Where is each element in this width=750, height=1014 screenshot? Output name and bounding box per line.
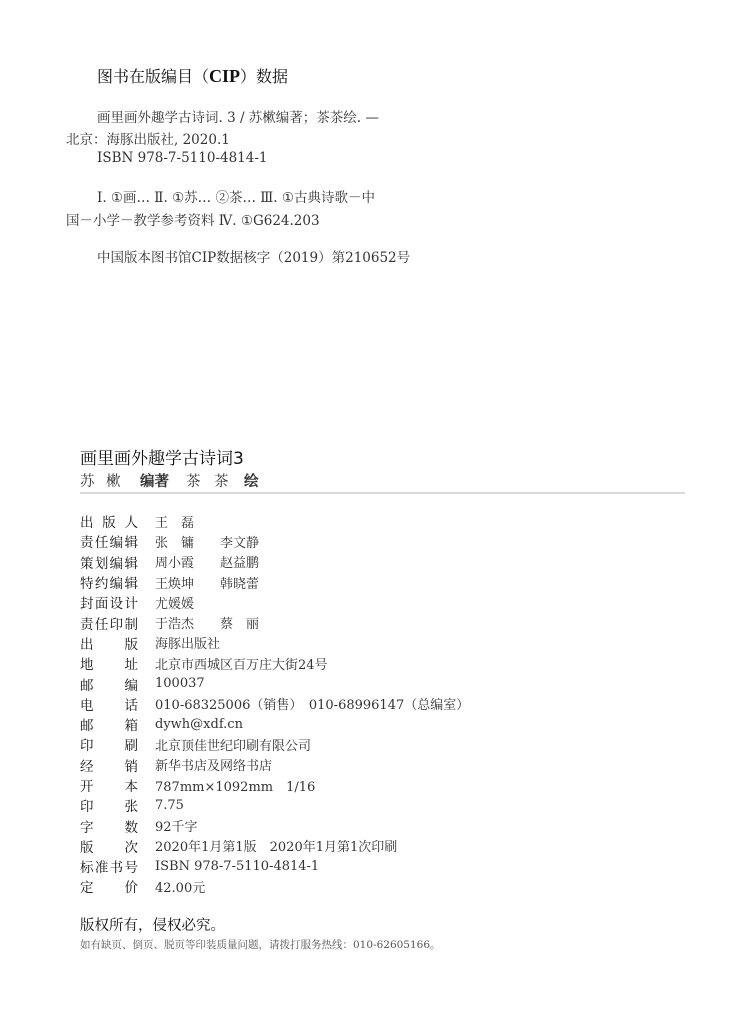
label-char: 次 bbox=[125, 836, 139, 856]
colophon-label: 经销 bbox=[80, 755, 138, 775]
colophon-row: 邮编100037 bbox=[80, 673, 469, 693]
label-char: 划 bbox=[95, 552, 109, 572]
label-char: 任 bbox=[95, 531, 109, 551]
colophon-value: 北京市西城区百万庄大街24号 bbox=[155, 654, 328, 673]
divider bbox=[80, 492, 685, 494]
label-char: 开 bbox=[80, 775, 94, 795]
colophon-label: 印刷 bbox=[80, 734, 138, 754]
quality-notice: 如有缺页、倒页、脱页等印装质量问题，请拨打服务热线：010-62605166。 bbox=[80, 937, 441, 952]
label-char: 任 bbox=[95, 613, 109, 633]
label-char: 地 bbox=[80, 653, 94, 673]
label-char: 编 bbox=[125, 674, 139, 694]
colophon-label: 地址 bbox=[80, 653, 138, 673]
colophon-row: 开本787mm×1092mm 1/16 bbox=[80, 775, 469, 795]
colophon-value: 王 磊 bbox=[155, 512, 194, 531]
colophon-value: 010-68325006（销售） 010-68996147（总编室） bbox=[155, 694, 469, 713]
colophon-label: 开本 bbox=[80, 775, 138, 795]
colophon-value: 张 镛 李文静 bbox=[155, 532, 259, 551]
colophon-row: 标准书号ISBN 978-7-5110-4814-1 bbox=[80, 856, 469, 876]
colophon-row: 出版人王 磊 bbox=[80, 511, 469, 531]
credit-part: 茶 bbox=[214, 470, 244, 491]
label-char: 设 bbox=[110, 592, 124, 612]
label-char: 编 bbox=[110, 531, 124, 551]
label-char: 出 bbox=[80, 633, 94, 653]
label-char: 准 bbox=[95, 856, 109, 876]
label-char: 价 bbox=[125, 876, 139, 896]
colophon-row: 封面设计尤媛媛 bbox=[80, 592, 469, 612]
colophon-value: 周小霞 赵益鹏 bbox=[155, 552, 259, 571]
label-char: 邮 bbox=[80, 674, 94, 694]
label-char: 号 bbox=[124, 856, 138, 876]
label-char: 销 bbox=[125, 755, 139, 775]
colophon-label: 封面设计 bbox=[80, 592, 138, 612]
colophon-label: 出版 bbox=[80, 633, 138, 653]
colophon-value: 7.75 bbox=[155, 798, 184, 813]
credit-part: 苏 bbox=[80, 470, 106, 491]
cip-heading-suffix: ）数据 bbox=[240, 67, 288, 86]
colophon-label: 定价 bbox=[80, 876, 138, 896]
label-char: 标 bbox=[80, 856, 94, 876]
colophon-value: 787mm×1092mm 1/16 bbox=[155, 776, 315, 795]
label-char: 印 bbox=[110, 613, 124, 633]
colophon-row: 邮箱dywh@xdf.cn bbox=[80, 714, 469, 734]
cip-heading: 图书在版编目（CIP）数据 bbox=[97, 64, 288, 87]
colophon-label: 印张 bbox=[80, 795, 138, 815]
colophon-label: 策划编辑 bbox=[80, 552, 138, 572]
colophon-value: 于浩杰 蔡 丽 bbox=[155, 613, 259, 632]
label-char: 邮 bbox=[80, 714, 94, 734]
colophon-row: 出版海豚出版社 bbox=[80, 633, 469, 653]
colophon-value: dywh@xdf.cn bbox=[155, 717, 243, 732]
credit-part: 樕 bbox=[106, 470, 140, 491]
colophon-label: 电话 bbox=[80, 694, 138, 714]
colophon-row: 经销新华书店及网络书店 bbox=[80, 755, 469, 775]
colophon-value: 92千字 bbox=[155, 816, 198, 835]
book-credits: 苏樕编著茶茶绘 bbox=[80, 470, 259, 491]
colophon-row: 印刷北京顶佳世纪印刷有限公司 bbox=[80, 734, 469, 754]
label-char: 责 bbox=[80, 531, 94, 551]
colophon-value: ISBN 978-7-5110-4814-1 bbox=[155, 859, 319, 874]
credit-part: 编著 bbox=[140, 470, 186, 491]
label-char: 刷 bbox=[125, 734, 139, 754]
copyright-notice: 版权所有，侵权必究。 bbox=[80, 914, 225, 935]
cip-heading-latin: CIP bbox=[209, 66, 240, 86]
colophon-row: 电话010-68325006（销售） 010-68996147（总编室） bbox=[80, 694, 469, 714]
label-char: 出 bbox=[80, 511, 94, 531]
colophon-label: 邮箱 bbox=[80, 714, 138, 734]
label-char: 辑 bbox=[124, 531, 138, 551]
cip-line: 画里画外趣学古诗词. 3 / 苏樕编著；茶茶绘. — bbox=[97, 106, 379, 126]
colophon-value: 王焕坤 韩晓蕾 bbox=[155, 573, 259, 592]
credit-part: 茶 bbox=[186, 470, 214, 491]
colophon-row: 地址北京市西城区百万庄大街24号 bbox=[80, 653, 469, 673]
label-char: 编 bbox=[110, 552, 124, 572]
colophon-label: 标准书号 bbox=[80, 856, 138, 876]
colophon-value: 北京顶佳世纪印刷有限公司 bbox=[155, 735, 311, 754]
label-char: 话 bbox=[125, 694, 139, 714]
label-char: 计 bbox=[124, 592, 138, 612]
colophon-value: 42.00元 bbox=[155, 877, 205, 896]
colophon-label: 版次 bbox=[80, 836, 138, 856]
colophon-label: 出版人 bbox=[80, 511, 138, 531]
cip-line: 北京：海豚出版社, 2020.1 bbox=[66, 128, 230, 148]
colophon-row: 责任编辑张 镛 李文静 bbox=[80, 531, 469, 551]
colophon-value: 海豚出版社 bbox=[155, 633, 220, 652]
label-char: 编 bbox=[110, 572, 124, 592]
colophon-value: 尤媛媛 bbox=[155, 593, 194, 612]
label-char: 书 bbox=[110, 856, 124, 876]
label-char: 印 bbox=[80, 795, 94, 815]
label-char: 本 bbox=[125, 775, 139, 795]
cip-line: 中国版本图书馆CIP数据核字（2019）第210652号 bbox=[97, 246, 410, 266]
label-char: 策 bbox=[80, 552, 94, 572]
colophon-row: 字数92千字 bbox=[80, 815, 469, 835]
label-char: 封 bbox=[80, 592, 94, 612]
label-char: 字 bbox=[80, 816, 94, 836]
colophon: 出版人王 磊责任编辑张 镛 李文静策划编辑周小霞 赵益鹏特约编辑王焕坤 韩晓蕾封… bbox=[80, 511, 469, 897]
colophon-label: 邮编 bbox=[80, 674, 138, 694]
label-char: 辑 bbox=[124, 572, 138, 592]
label-char: 版 bbox=[80, 836, 94, 856]
cip-heading-prefix: 图书在版编目（ bbox=[97, 67, 209, 86]
colophon-row: 版次2020年1月第1版 2020年1月第1次印刷 bbox=[80, 836, 469, 856]
label-char: 定 bbox=[80, 876, 94, 896]
label-char: 特 bbox=[80, 572, 94, 592]
colophon-row: 策划编辑周小霞 赵益鹏 bbox=[80, 552, 469, 572]
colophon-value: 100037 bbox=[155, 676, 205, 691]
cip-line: 国－小学－教学参考资料 Ⅳ. ①G624.203 bbox=[66, 209, 320, 229]
cip-line: ISBN 978-7-5110-4814-1 bbox=[97, 150, 268, 166]
colophon-label: 特约编辑 bbox=[80, 572, 138, 592]
label-char: 版 bbox=[102, 511, 116, 531]
colophon-row: 定价42.00元 bbox=[80, 876, 469, 896]
label-char: 面 bbox=[95, 592, 109, 612]
colophon-label: 字数 bbox=[80, 816, 138, 836]
colophon-row: 印张7.75 bbox=[80, 795, 469, 815]
label-char: 经 bbox=[80, 755, 94, 775]
credit-part: 绘 bbox=[244, 470, 259, 491]
label-char: 箱 bbox=[125, 714, 139, 734]
colophon-label: 责任印制 bbox=[80, 613, 138, 633]
label-char: 责 bbox=[80, 613, 94, 633]
colophon-value: 新华书店及网络书店 bbox=[155, 755, 272, 774]
label-char: 约 bbox=[95, 572, 109, 592]
label-char: 张 bbox=[125, 795, 139, 815]
colophon-row: 特约编辑王焕坤 韩晓蕾 bbox=[80, 572, 469, 592]
label-char: 制 bbox=[124, 613, 138, 633]
colophon-value: 2020年1月第1版 2020年1月第1次印刷 bbox=[155, 836, 397, 855]
label-char: 电 bbox=[80, 694, 94, 714]
label-char: 辑 bbox=[124, 552, 138, 572]
label-char: 址 bbox=[125, 653, 139, 673]
book-title: 画里画外趣学古诗词3 bbox=[80, 444, 244, 469]
colophon-row: 责任印制于浩杰 蔡 丽 bbox=[80, 612, 469, 632]
label-char: 印 bbox=[80, 734, 94, 754]
label-char: 版 bbox=[125, 633, 139, 653]
cip-line: Ⅰ. ①画… Ⅱ. ①苏… ②茶… Ⅲ. ①古典诗歌－中 bbox=[97, 186, 375, 206]
label-char: 数 bbox=[125, 816, 139, 836]
label-char: 人 bbox=[125, 511, 139, 531]
colophon-label: 责任编辑 bbox=[80, 531, 138, 551]
